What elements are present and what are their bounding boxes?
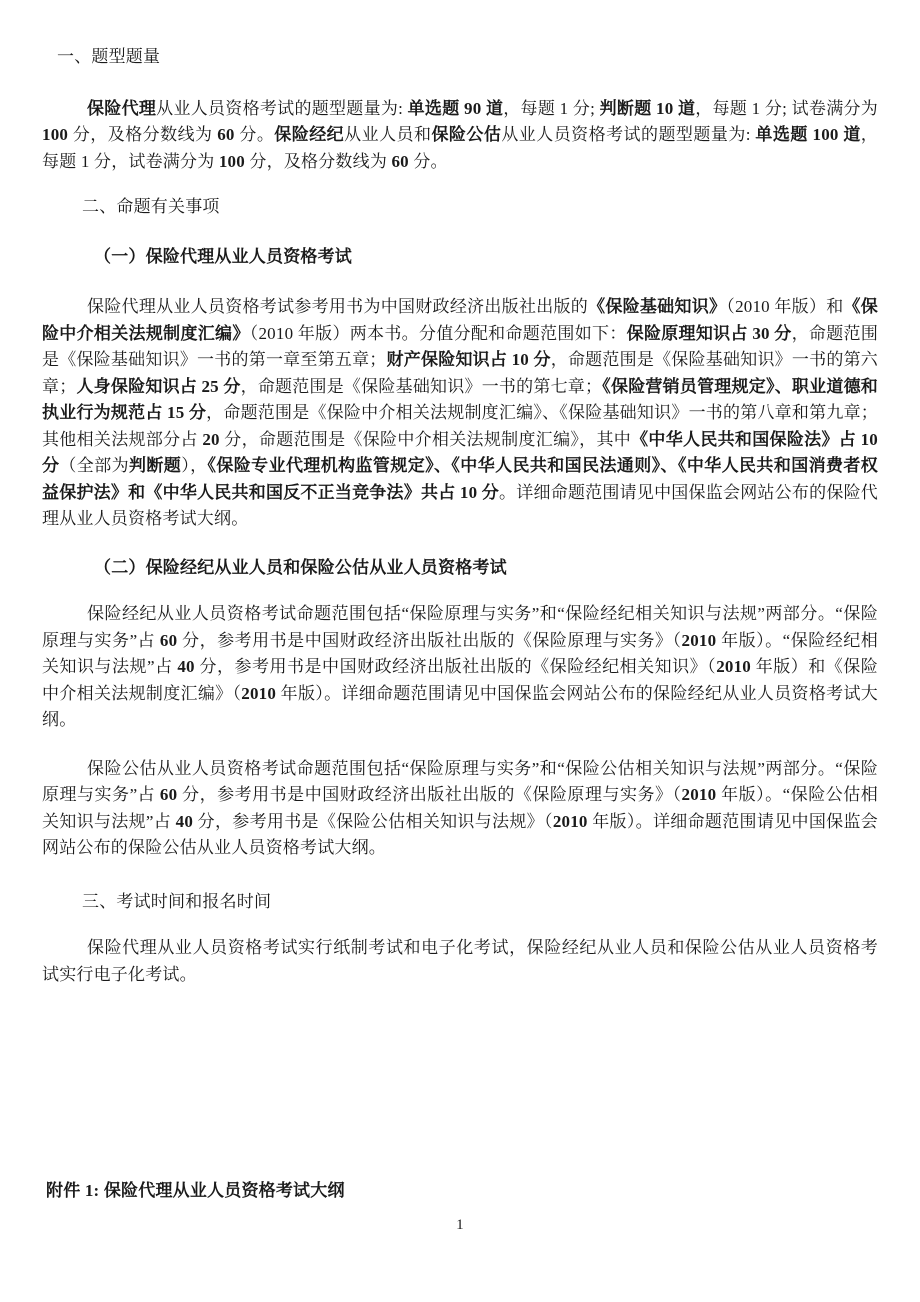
text-run: 分，参考用书是中国财政经济出版社出版的《保险经纪相关知识》（ (195, 657, 716, 676)
text-run: 100 (219, 152, 245, 171)
para-assessor-exam-scope: 保险公估从业人员资格考试命题范围包括“保险原理与实务”和“保险公估相关知识与法规… (42, 756, 878, 862)
text-run: 2010 (716, 657, 751, 676)
text-run: 从业人员资格考试的题型题量为: (501, 125, 755, 144)
subsection-heading-agent-exam: （一）保险代理从业人员资格考试 (42, 244, 878, 271)
text-run: 财产保险知识占 10 分 (387, 350, 551, 369)
text-run: 一、题型题量 (57, 47, 160, 66)
section-heading-exam-time: 三、考试时间和报名时间 (42, 889, 878, 916)
text-run: 保险代理从业人员资格考试实行纸制考试和电子化考试，保险经纪从业人员和保险公估从业… (42, 938, 878, 984)
text-run: 分，及格分数线为 (245, 152, 392, 171)
para-agent-exam-scope: 保险代理从业人员资格考试参考用书为中国财政经济出版社出版的《保险基础知识》（20… (42, 294, 878, 533)
text-run: ）， (181, 456, 207, 475)
text-run: 从业人员资格考试的题型题量为: (156, 99, 407, 118)
text-run: 人身保险知识占 25 分 (76, 377, 240, 396)
para-exam-time: 保险代理从业人员资格考试实行纸制考试和电子化考试，保险经纪从业人员和保险公估从业… (42, 935, 878, 988)
text-run: （一）保险代理从业人员资格考试 (94, 247, 352, 266)
text-run: 判断题 (129, 456, 181, 475)
text-run: （全部为 (59, 456, 129, 475)
text-run: （2010 年版）两本书。分值分配和命题范围如下： (250, 324, 627, 343)
page-number: 1 (42, 1212, 878, 1239)
section-heading-question-types: 一、题型题量 (42, 44, 878, 71)
text-run: 60 (217, 125, 234, 144)
text-run: 三、考试时间和报名时间 (82, 892, 271, 911)
text-run: 保险代理从业人员资格考试参考用书为中国财政经济出版社出版的 (87, 297, 588, 316)
text-run: ，命题范围是《保险基础知识》一书的第七章； (241, 377, 603, 396)
text-run: ，每题 1 分; (503, 99, 599, 118)
text-run: 单选题 100 道 (755, 125, 860, 144)
text-run: 40 (177, 657, 194, 676)
text-run: 分，及格分数线为 (68, 125, 217, 144)
text-run: 分，参考用书是《保险公估相关知识与法规》（ (193, 812, 553, 831)
text-run: 附件 1: 保险代理从业人员资格考试大纲 (46, 1181, 345, 1200)
text-run: 分。 (235, 125, 275, 144)
text-run: 保险经纪 (274, 125, 344, 144)
text-run: 40 (176, 812, 193, 831)
para-question-types: 保险代理从业人员资格考试的题型题量为: 单选题 90 道，每题 1 分; 判断题… (42, 96, 878, 176)
document-page: 一、题型题量 保险代理从业人员资格考试的题型题量为: 单选题 90 道，每题 1… (0, 0, 920, 1302)
text-run: 100 (42, 125, 68, 144)
attachment-title: 附件 1: 保险代理从业人员资格考试大纲 (42, 1178, 878, 1205)
section-heading-proposition-matters: 二、命题有关事项 (42, 194, 878, 221)
text-run: 保险代理 (87, 99, 156, 118)
text-run: ，每题 1 分; 试卷满分为 (695, 99, 878, 118)
text-run: 保险公估 (431, 125, 501, 144)
text-run: 分，参考用书是中国财政经济出版社出版的《保险原理与实务》（ (177, 631, 681, 650)
text-run: 2010 (241, 684, 276, 703)
text-run: 保险原理知识占 30 分 (627, 324, 792, 343)
text-run: （2010 年版）和 (726, 297, 843, 316)
text-run: 判断题 10 道 (600, 99, 696, 118)
text-run: 20 (202, 430, 219, 449)
text-run: 单选题 90 道 (408, 99, 504, 118)
text-run: 60 (160, 785, 177, 804)
text-run: 60 (391, 152, 408, 171)
text-run: 2010 (553, 812, 588, 831)
text-run: 二、命题有关事项 (82, 197, 220, 216)
text-run: （二）保险经纪从业人员和保险公估从业人员资格考试 (94, 558, 507, 577)
text-run: 60 (160, 631, 177, 650)
text-run: 分。 (409, 152, 448, 171)
text-run: 《保险基础知识》 (588, 297, 726, 316)
text-run: 2010 (682, 785, 717, 804)
text-run: 2010 (682, 631, 717, 650)
text-run: 从业人员和 (344, 125, 431, 144)
subsection-heading-broker-assessor-exam: （二）保险经纪从业人员和保险公估从业人员资格考试 (42, 555, 878, 582)
text-run: 分，参考用书是中国财政经济出版社出版的《保险原理与实务》（ (177, 785, 681, 804)
para-broker-exam-scope: 保险经纪从业人员资格考试命题范围包括“保险原理与实务”和“保险经纪相关知识与法规… (42, 601, 878, 734)
text-run: 分，命题范围是《保险中介相关法规制度汇编》，其中 (220, 430, 631, 449)
